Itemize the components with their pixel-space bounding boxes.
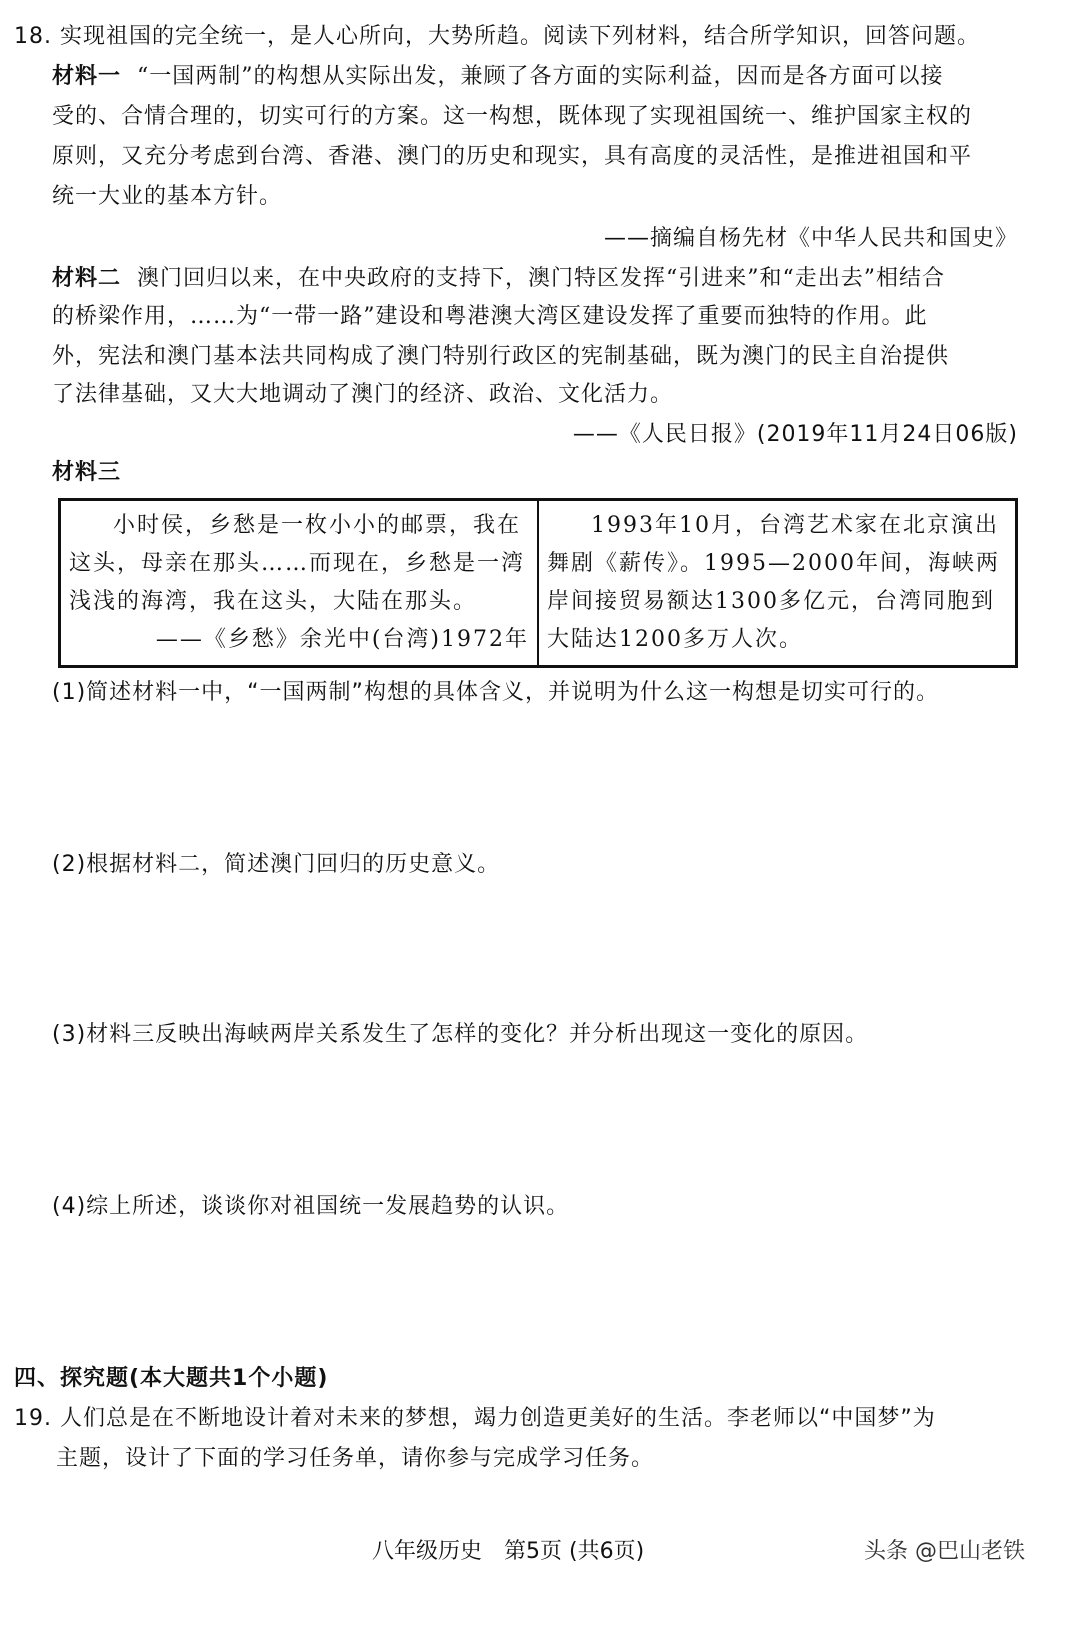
material-3-label: 材料三 (52, 458, 121, 488)
question-19-line-2: 主题，设计了下面的学习任务单，请你参与完成学习任务。 (56, 1444, 654, 1474)
material-2-source: ——《人民日报》(2019年11月24日06版) (573, 420, 1018, 450)
material-1-line-3: 原则，又充分考虑到台湾、香港、澳门的历史和现实，具有高度的灵活性，是推进祖国和平 (52, 142, 972, 172)
material-1-source: ——摘编自杨先材《中华人民共和国史》 (604, 224, 1018, 254)
material-3-right-cell: 1993年10月，台湾艺术家在北京演出舞剧《薪传》。1995—2000年间，海峡… (538, 500, 1017, 667)
section-4-heading: 四、探究题(本大题共1个小题) (14, 1364, 328, 1394)
sub-question-2: (2)根据材料二，简述澳门回归的历史意义。 (52, 850, 500, 880)
sub-question-1: (1)简述材料一中，“一国两制”构想的具体含义，并说明为什么这一构想是切实可行的… (52, 678, 939, 708)
material-2-line-3: 外，宪法和澳门基本法共同构成了澳门特别行政区的宪制基础，既为澳门的民主自治提供 (52, 342, 949, 372)
material-1-label: 材料一 (52, 64, 121, 89)
question-18-stem: 18. 实现祖国的完全统一，是人心所向，大势所趋。阅读下列材料，结合所学知识，回… (14, 22, 980, 52)
material-1-line-2: 受的、合情合理的，切实可行的方案。这一构想，既体现了实现祖国统一、维护国家主权的 (52, 102, 972, 132)
material-3-table: 小时侯，乡愁是一枚小小的邮票，我在这头，母亲在那头……而现在，乡愁是一湾浅浅的海… (58, 498, 1018, 668)
watermark: 头条 @巴山老铁 (864, 1537, 1025, 1567)
poem-source: ——《乡愁》余光中(台湾)1972年 (69, 621, 529, 659)
material-2-label: 材料二 (52, 266, 121, 291)
material-3-left-cell: 小时侯，乡愁是一枚小小的邮票，我在这头，母亲在那头……而现在，乡愁是一湾浅浅的海… (60, 500, 539, 667)
material-1-line-1: 材料一“一国两制”的构想从实际出发，兼顾了各方面的实际利益，因而是各方面可以接 (52, 62, 944, 92)
poem-excerpt: 小时侯，乡愁是一枚小小的邮票，我在这头，母亲在那头……而现在，乡愁是一湾浅浅的海… (69, 507, 529, 621)
material-2-line-1: 材料二澳门回归以来，在中央政府的支持下，澳门特区发挥“引进来”和“走出去”相结合 (52, 264, 945, 294)
question-19-line-1: 19. 人们总是在不断地设计着对未来的梦想，竭力创造更美好的生活。李老师以“中国… (14, 1404, 936, 1434)
cross-strait-facts: 1993年10月，台湾艺术家在北京演出舞剧《薪传》。1995—2000年间，海峡… (547, 507, 1007, 659)
sub-question-3: (3)材料三反映出海峡两岸关系发生了怎样的变化？并分析出现这一变化的原因。 (52, 1020, 868, 1050)
material-1-line-4: 统一大业的基本方针。 (52, 182, 282, 212)
page-footer: 八年级历史 第5页 (共6页) (372, 1537, 644, 1567)
sub-question-4: (4)综上所述，谈谈你对祖国统一发展趋势的认识。 (52, 1192, 569, 1222)
material-2-line-4: 了法律基础，又大大地调动了澳门的经济、政治、文化活力。 (52, 380, 673, 410)
material-2-line-2: 的桥梁作用，……为“一带一路”建设和粤港澳大湾区建设发挥了重要而独特的作用。此 (52, 302, 928, 332)
